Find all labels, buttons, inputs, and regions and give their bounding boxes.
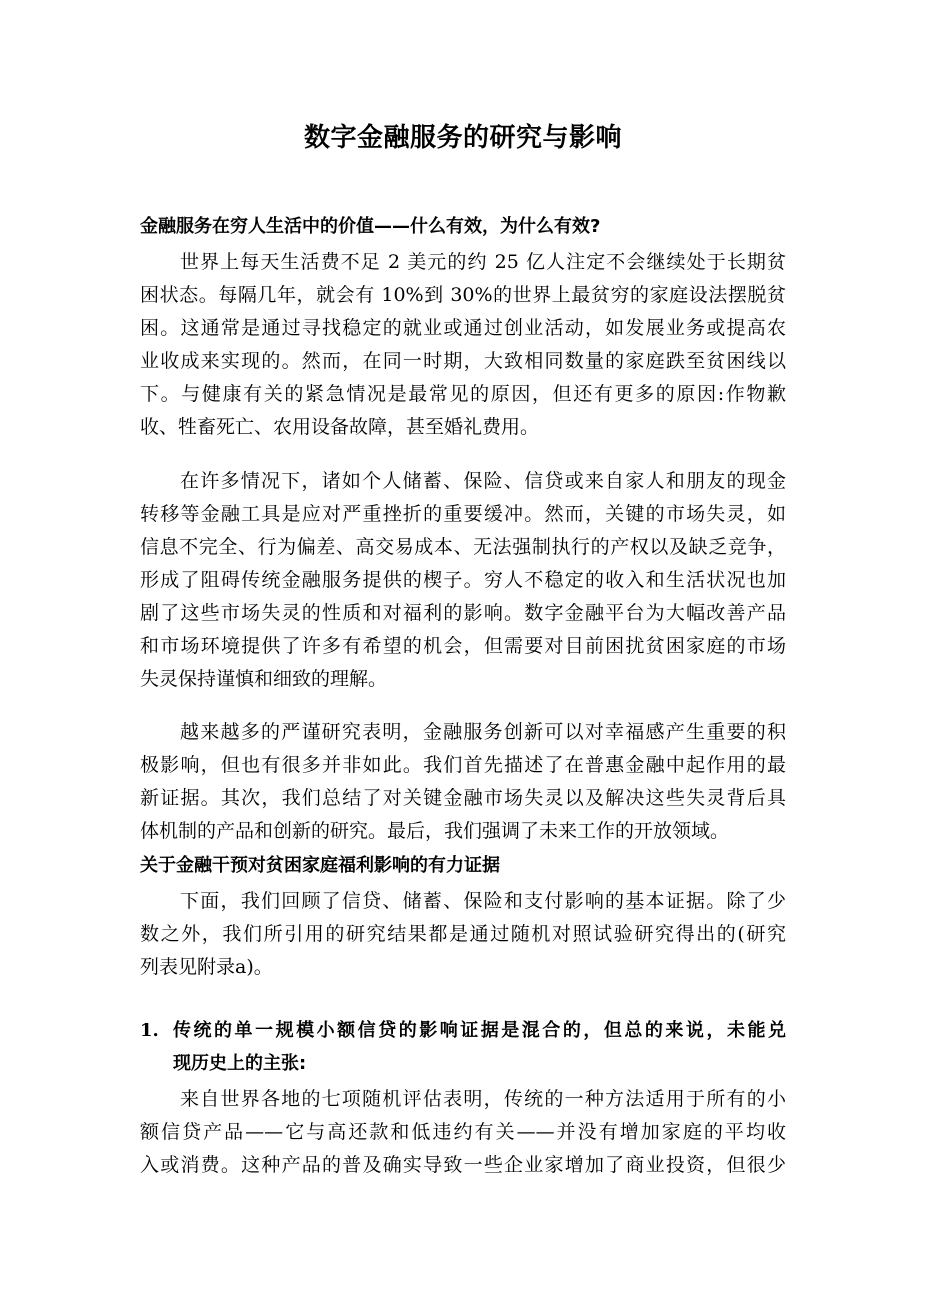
paragraph-line: 困。这通常是通过寻找稳定的就业或通过创业活动，如发展业务或提高农: [140, 312, 786, 345]
paragraph-line: 在许多情况下，诸如个人储蓄、保险、信贷或来自家人和朋友的现金: [180, 465, 786, 498]
document-title: 数字金融服务的研究与影响: [0, 118, 926, 158]
paragraph-line: 世界上每天生活费不足 2 美元的约 25 亿人注定不会继续处于长期贫: [180, 246, 786, 279]
paragraph-line: 下面，我们回顾了信贷、储蓄、保险和支付影响的基本证据。除了少: [180, 885, 786, 918]
section-heading-strong-evidence: 关于金融干预对贫困家庭福利影响的有力证据: [140, 849, 500, 882]
paragraph-line: 越来越多的严谨研究表明，金融服务创新可以对幸福感产生重要的积: [180, 716, 786, 749]
numbered-heading-microcredit: 1. 传统的单一规模小额信贷的影响证据是混合的，但总的来说，未能兑: [140, 1014, 786, 1047]
paragraph-line: 转移等金融工具是应对严重挫折的重要缓冲。然而，关键的市场失灵，如: [140, 498, 786, 531]
document-page: 数字金融服务的研究与影响 金融服务在穷人生活中的价值——什么有效，为什么有效? …: [0, 0, 926, 1309]
paragraph-line: 来自世界各地的七项随机评估表明，传统的一种方法适用于所有的小: [180, 1083, 786, 1116]
section-heading-value-of-financial-services: 金融服务在穷人生活中的价值——什么有效，为什么有效?: [140, 210, 600, 243]
paragraph-line: 极影响，但也有很多并非如此。我们首先描述了在普惠金融中起作用的最: [140, 749, 786, 782]
paragraph-line: 下。与健康有关的紧急情况是最常见的原因，但还有更多的原因:作物歉: [140, 378, 786, 411]
paragraph-line: 信息不完全、行为偏差、高交易成本、无法强制执行的产权以及缺乏竞争，: [140, 531, 786, 564]
paragraph-line: 入或消费。这种产品的普及确实导致一些企业家增加了商业投资，但很少: [140, 1149, 786, 1182]
list-number: 1.: [140, 1014, 159, 1047]
numbered-heading-continuation: 现历史上的主张:: [140, 1047, 786, 1080]
numbered-heading-line: 现历史上的主张:: [173, 1047, 786, 1080]
paragraph-line: 数之外，我们所引用的研究结果都是通过随机对照试验研究得出的(研究: [140, 918, 786, 951]
numbered-heading-line: 传统的单一规模小额信贷的影响证据是混合的，但总的来说，未能兑: [173, 1014, 786, 1047]
paragraph-line: 失灵保持谨慎和细致的理解。: [140, 663, 786, 696]
paragraph-line: 业收成来实现的。然而，在同一时期，大致相同数量的家庭跌至贫困线以: [140, 345, 786, 378]
paragraph-line: 形成了阻碍传统金融服务提供的楔子。穷人不稳定的收入和生活状况也加: [140, 564, 786, 597]
paragraph-line: 体机制的产品和创新的研究。最后，我们强调了未来工作的开放领域。: [140, 815, 786, 848]
paragraph-line: 困状态。每隔几年，就会有 10%到 30%的世界上最贫穷的家庭设法摆脱贫: [140, 279, 786, 312]
paragraph-line: 剧了这些市场失灵的性质和对福利的影响。数字金融平台为大幅改善产品: [140, 597, 786, 630]
paragraph-line: 收、牲畜死亡、农用设备故障，甚至婚礼费用。: [140, 411, 786, 444]
paragraph-line: 新证据。其次，我们总结了对关键金融市场失灵以及解决这些失灵背后具: [140, 782, 786, 815]
paragraph-line: 列表见附录a)。: [140, 951, 786, 984]
paragraph-line: 额信贷产品——它与高还款和低违约有关——并没有增加家庭的平均收: [140, 1116, 786, 1149]
paragraph-line: 和市场环境提供了许多有希望的机会，但需要对目前困扰贫困家庭的市场: [140, 630, 786, 663]
